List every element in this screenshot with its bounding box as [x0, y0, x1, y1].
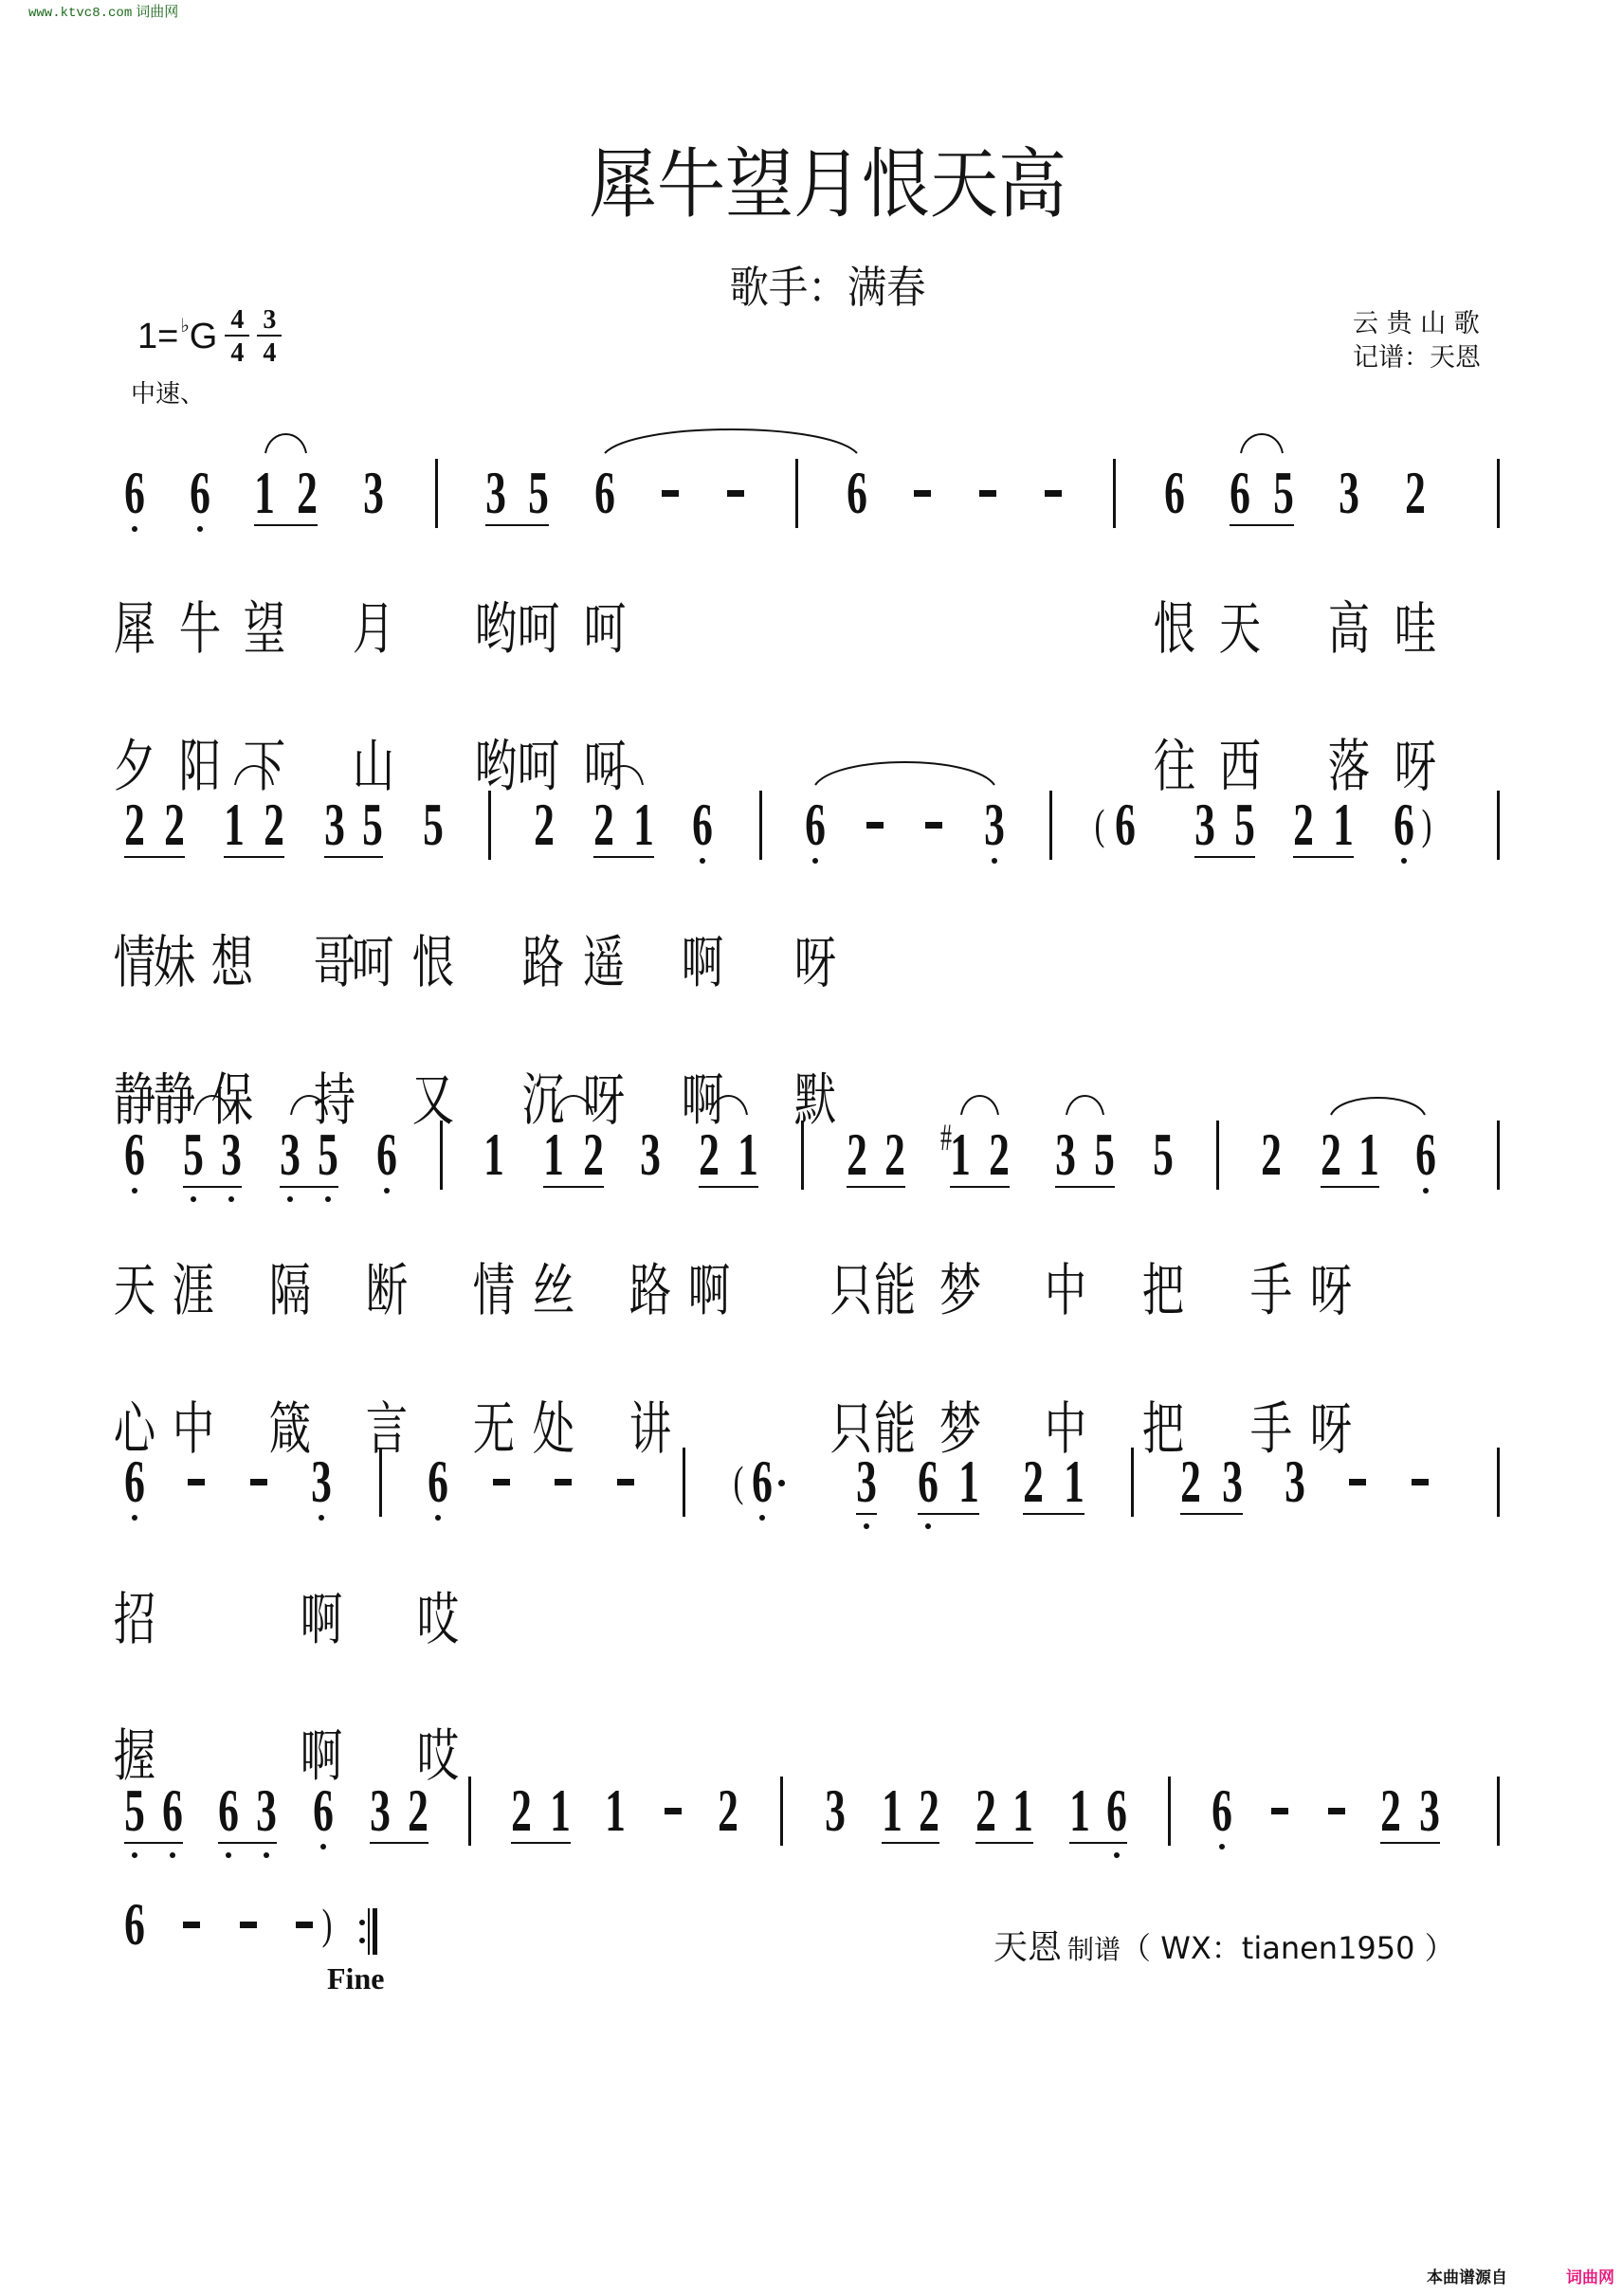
note: 3: [1285, 1453, 1305, 1510]
barline: [435, 459, 438, 528]
beam-underline: [124, 1842, 183, 1844]
octave-dot-below: [435, 1515, 441, 1521]
lyric-char: 箴: [269, 1401, 311, 1458]
beam-underline: [511, 1842, 571, 1844]
note: 3: [856, 1453, 877, 1510]
note: 2: [989, 1126, 1010, 1183]
barline: [1497, 1777, 1500, 1846]
lyric-char: 情: [114, 935, 155, 992]
note: 2: [264, 796, 284, 853]
lyric-char: 天: [114, 1263, 155, 1320]
octave-dot-below: [226, 1852, 231, 1858]
note: 3: [825, 1782, 846, 1839]
lyric-char: 梦: [939, 1263, 981, 1320]
barline: [1168, 1777, 1171, 1846]
beam-underline: [324, 856, 383, 858]
lyric-char: 啊: [688, 1263, 730, 1320]
note: 3: [324, 796, 345, 853]
beam-underline: [124, 856, 185, 858]
barline: [379, 1448, 382, 1517]
octave-dot-below: [992, 858, 997, 864]
dash-extension: [662, 490, 679, 497]
beam-underline: [699, 1186, 758, 1188]
beam-underline: [856, 1513, 877, 1515]
lyric-char: 啊: [301, 1592, 342, 1649]
octave-dot-below: [1219, 1844, 1225, 1850]
dash-extension: [555, 1479, 572, 1485]
note: 2: [1261, 1126, 1282, 1183]
beam-underline: [847, 1186, 905, 1188]
lyric-char: 高: [1328, 601, 1370, 658]
note: 5: [1234, 796, 1255, 853]
octave-dot-below: [191, 1196, 196, 1202]
dash-extension: [914, 490, 931, 497]
barline: [1497, 791, 1500, 860]
note: 3: [640, 1126, 661, 1183]
dash-extension: [188, 1479, 205, 1485]
note: 2: [718, 1782, 738, 1839]
dash-extension: [1412, 1479, 1429, 1485]
fine-marking: Fine: [327, 1963, 384, 1994]
note: 2: [1321, 1126, 1341, 1183]
lyric-char: 呀: [1310, 1401, 1352, 1458]
parenthesis: ): [322, 1901, 333, 1948]
note: 5: [362, 796, 383, 853]
beam-underline: [1180, 1513, 1243, 1515]
beam-underline: [918, 1513, 979, 1515]
note: 1: [1012, 1782, 1033, 1839]
parenthesis: ): [1422, 801, 1432, 848]
barline: [1497, 1448, 1500, 1517]
barline: [440, 1121, 443, 1190]
note: 3: [221, 1126, 242, 1183]
note: 1: [1358, 1126, 1379, 1183]
note: 6: [847, 465, 867, 521]
lyric-char: 落: [1328, 738, 1370, 795]
note: 2: [297, 465, 318, 521]
note: 3: [984, 796, 1005, 853]
note: 1: [550, 1782, 571, 1839]
note: 6: [1415, 1126, 1436, 1183]
lyric-char: 情: [473, 1263, 515, 1320]
lyric-char: 牛: [179, 601, 221, 658]
note: 1: [958, 1453, 979, 1510]
beam-underline: [370, 1842, 428, 1844]
note: 5: [318, 1126, 338, 1183]
slur-arc: [961, 1096, 998, 1115]
octave-dot-below: [132, 1188, 137, 1194]
barline: [468, 1777, 471, 1846]
note: 3: [1419, 1782, 1440, 1839]
octave-dot-below: [319, 1515, 324, 1521]
barline: [759, 791, 762, 860]
note: 2: [1023, 1453, 1044, 1510]
note: 6: [124, 1126, 145, 1183]
lyric-char: 哇: [1394, 601, 1436, 658]
lyric-char: 遥: [583, 935, 625, 992]
note: 6: [162, 1782, 183, 1839]
note: 2: [847, 1126, 867, 1183]
note: 2: [975, 1782, 996, 1839]
lyric-char: 望: [244, 601, 285, 658]
note: 6: [124, 465, 145, 521]
lyric-char: 丝: [533, 1263, 574, 1320]
lyric-char: 中: [173, 1401, 214, 1458]
note: 1: [1333, 796, 1354, 853]
note: 5: [1273, 465, 1294, 521]
beam-underline: [950, 1186, 1010, 1188]
dash-extension: [866, 822, 884, 829]
dash-extension: [617, 1479, 634, 1485]
note: 2: [1293, 796, 1314, 853]
lyric-char: 阳: [179, 738, 221, 795]
dash-extension: [727, 490, 744, 497]
barline: [1131, 1448, 1134, 1517]
note: 3: [370, 1782, 391, 1839]
beam-underline: [224, 856, 284, 858]
note: 6: [594, 465, 615, 521]
lyric-char: 西: [1219, 738, 1261, 795]
footer-source-label: 本曲谱源自: [1427, 2270, 1507, 2287]
note: 2: [164, 796, 185, 853]
beam-underline: [218, 1842, 277, 1844]
note: 3: [1222, 1453, 1243, 1510]
note: 2: [1405, 465, 1426, 521]
beam-underline: [1380, 1842, 1440, 1844]
dash-extension: [183, 1922, 200, 1928]
lyric-char: 言: [366, 1401, 408, 1458]
octave-dot-below: [228, 1196, 234, 1202]
beam-underline: [1055, 1186, 1115, 1188]
lyric-char: 往: [1154, 738, 1195, 795]
slur-arc: [265, 434, 306, 453]
dash-extension: [1328, 1808, 1345, 1814]
lyric-char: 夕: [114, 738, 155, 795]
note: 3: [1339, 465, 1359, 521]
note: 1: [1069, 1782, 1090, 1839]
octave-dot-below: [1114, 1852, 1120, 1858]
note: 6: [1212, 1782, 1232, 1839]
note: 1: [543, 1126, 564, 1183]
lyric-char: 哟: [475, 738, 517, 795]
beam-underline: [280, 1186, 338, 1188]
octave-dot-below: [132, 1852, 137, 1858]
repeat-thin-bar: [368, 1908, 370, 1955]
note: 6: [190, 465, 210, 521]
note: 3: [1055, 1126, 1076, 1183]
repeat-dot: [359, 1938, 365, 1943]
dash-extension: [1271, 1808, 1288, 1814]
lyric-char: 中: [1045, 1263, 1086, 1320]
beam-underline: [1293, 856, 1354, 858]
dash-extension: [240, 1922, 257, 1928]
barline: [1216, 1121, 1219, 1190]
lyric-char: 呵: [518, 601, 559, 658]
lyric-char: 能: [874, 1263, 916, 1320]
beam-underline: [1069, 1842, 1127, 1844]
note: 6: [1106, 1782, 1127, 1839]
beam-underline: [1230, 524, 1294, 526]
octave-dot-below: [384, 1188, 390, 1194]
octave-dot-below: [132, 1515, 137, 1521]
slur-arc: [1066, 1096, 1103, 1115]
lyric-char: 哥: [314, 935, 355, 992]
octave-dot-below: [320, 1844, 326, 1850]
lyric-char: 呵: [584, 601, 626, 658]
octave-dot-below: [812, 858, 818, 864]
note: 2: [583, 1126, 604, 1183]
beam-underline: [1321, 1186, 1379, 1188]
note: 6: [376, 1126, 397, 1183]
note: 2: [124, 796, 145, 853]
lyric-char: 山: [353, 738, 394, 795]
octave-dot-below: [264, 1852, 269, 1858]
note: 5: [1094, 1126, 1115, 1183]
note: 3: [485, 465, 506, 521]
note: 5: [1153, 1126, 1174, 1183]
lyric-char: 下: [244, 738, 285, 795]
lyric-char: 呵: [352, 935, 393, 992]
barline: [488, 791, 491, 860]
note: 1: [950, 1126, 971, 1183]
dash-extension: [665, 1808, 682, 1814]
octave-dot-below: [132, 526, 137, 532]
note: 6: [124, 1453, 145, 1510]
slur-arc: [1331, 1098, 1425, 1115]
barline: [1497, 459, 1500, 528]
lyric-char: 呀: [794, 935, 836, 992]
barline: [1113, 459, 1116, 528]
lyric-char: 啊: [682, 935, 723, 992]
beam-underline: [543, 1186, 604, 1188]
note: 3: [363, 465, 384, 521]
note: 6: [805, 796, 826, 853]
octave-dot-below: [700, 858, 705, 864]
note: 5: [423, 796, 444, 853]
slur-arc: [605, 429, 857, 453]
octave-dot-below: [759, 1515, 765, 1521]
note: 2: [884, 1126, 905, 1183]
note: 2: [534, 796, 555, 853]
lyric-char: 讲: [629, 1401, 671, 1458]
augmentation-dot: [778, 1480, 785, 1486]
repeat-thick-bar: [373, 1908, 377, 1955]
parenthesis: (: [1095, 801, 1105, 848]
lyric-char: 把: [1142, 1401, 1184, 1458]
beam-underline: [1023, 1513, 1084, 1515]
octave-dot-below: [197, 526, 203, 532]
note: 2: [699, 1126, 720, 1183]
note: 2: [1380, 1782, 1401, 1839]
arranger-credit: 天恩制谱（ WX：tianen1950 ）: [993, 1921, 1455, 1969]
lyric-char: 恨: [412, 935, 454, 992]
lyric-char: 妹: [154, 935, 195, 992]
barline: [780, 1777, 783, 1846]
lyric-char: 涯: [173, 1263, 214, 1320]
octave-dot-below: [1401, 858, 1407, 864]
note: 1: [224, 796, 245, 853]
beam-underline: [975, 1842, 1033, 1844]
note: 6: [1394, 796, 1414, 853]
lyric-char: 处: [533, 1401, 574, 1458]
note: 6: [692, 796, 713, 853]
slur-arc: [1241, 434, 1283, 453]
note: 1: [1064, 1453, 1084, 1510]
note: 1: [882, 1782, 902, 1839]
lyric-char: 路: [522, 935, 564, 992]
note: 1: [633, 796, 654, 853]
lyric-char: 犀: [114, 601, 155, 658]
beam-underline: [183, 1186, 242, 1188]
dash-extension: [250, 1479, 267, 1485]
note: 6: [918, 1453, 939, 1510]
credit-name: 天恩: [993, 1921, 1062, 1969]
note: 3: [256, 1782, 277, 1839]
lyric-char: 只: [830, 1263, 872, 1320]
lyric-char: 呀: [1394, 738, 1436, 795]
lyric-char: 呵: [518, 738, 559, 795]
lyric-char: 呵: [584, 738, 626, 795]
lyric-char: 又: [412, 1072, 454, 1129]
octave-dot-below: [170, 1852, 175, 1858]
note: 3: [280, 1126, 301, 1183]
beam-underline: [1194, 856, 1255, 858]
lyric-char: 把: [1142, 1263, 1184, 1320]
credit-contact: （ WX：tianen1950 ）: [1121, 1924, 1455, 1968]
octave-dot-below: [1423, 1188, 1429, 1194]
dash-extension: [979, 490, 996, 497]
barline: [801, 1121, 804, 1190]
lyric-char: 呀: [1310, 1263, 1352, 1320]
octave-dot-below: [325, 1196, 331, 1202]
barline: [1497, 1121, 1500, 1190]
barline: [795, 459, 798, 528]
note: 2: [919, 1782, 939, 1839]
lyric-char: 哟: [475, 601, 517, 658]
beam-underline: [593, 856, 654, 858]
note: 3: [1194, 796, 1215, 853]
parenthesis: (: [734, 1458, 744, 1505]
lyric-char: 恨: [1154, 601, 1195, 658]
footer-site-link[interactable]: 词曲网: [1566, 2270, 1614, 2287]
octave-dot-below: [925, 1523, 931, 1529]
dash-extension: [925, 822, 942, 829]
note: 1: [254, 465, 275, 521]
lyric-char: 能: [874, 1401, 916, 1458]
note: 2: [593, 796, 614, 853]
lyric-char: 隔: [269, 1263, 311, 1320]
barline: [683, 1448, 685, 1517]
lyric-char: 想: [211, 935, 253, 992]
note: 3: [311, 1453, 332, 1510]
repeat-dot: [359, 1920, 365, 1925]
dash-extension: [296, 1922, 313, 1928]
note: 6: [1230, 465, 1250, 521]
note: 5: [124, 1782, 145, 1839]
beam-underline: [882, 1842, 939, 1844]
note: 6: [124, 1896, 145, 1953]
note: 2: [1180, 1453, 1201, 1510]
beam-underline: [254, 524, 318, 526]
beam-underline: [485, 524, 549, 526]
lyric-char: 路: [629, 1263, 671, 1320]
lyric-char: 哎: [417, 1592, 459, 1649]
octave-dot-below: [287, 1196, 293, 1202]
note: 6: [218, 1782, 239, 1839]
note: 6: [752, 1453, 773, 1510]
note: 6: [313, 1782, 334, 1839]
note: 2: [408, 1782, 428, 1839]
lyric-char: 无: [473, 1401, 515, 1458]
lyric-char: 断: [366, 1263, 408, 1320]
note: 6: [1115, 796, 1136, 853]
note: 6: [428, 1453, 448, 1510]
barline: [1049, 791, 1052, 860]
note: 1: [605, 1782, 626, 1839]
dash-extension: [1349, 1479, 1366, 1485]
credit-label: 制谱: [1067, 1929, 1121, 1967]
note: 1: [483, 1126, 504, 1183]
note: 2: [511, 1782, 532, 1839]
note: 1: [738, 1126, 758, 1183]
dash-extension: [1045, 490, 1062, 497]
note: 5: [528, 465, 549, 521]
lyric-char: 月: [353, 601, 394, 658]
octave-dot-below: [864, 1523, 869, 1529]
slur-arc: [815, 762, 994, 785]
lyric-char: 招: [114, 1592, 155, 1649]
note: 6: [1164, 465, 1185, 521]
note: 5: [183, 1126, 204, 1183]
lyric-char: 天: [1219, 601, 1261, 658]
dash-extension: [493, 1479, 510, 1485]
lyric-char: 手: [1250, 1263, 1292, 1320]
